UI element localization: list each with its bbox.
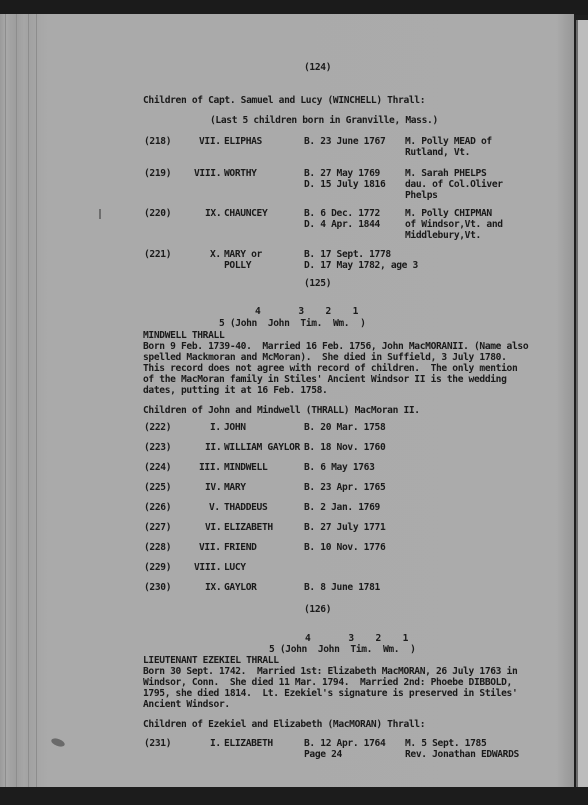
entry-name: LUCY bbox=[224, 562, 246, 573]
entry-date: D. 4 Apr. 1844 bbox=[304, 219, 380, 230]
binding-edge-line bbox=[28, 14, 29, 788]
entry-name: ELIPHAS bbox=[224, 136, 262, 147]
entry-note: of Windsor,Vt. and bbox=[405, 219, 503, 230]
entry-date: B. 6 May 1763 bbox=[304, 462, 375, 473]
entry-number: (229) bbox=[144, 562, 171, 573]
entry-note: dau. of Col.Oliver bbox=[405, 179, 503, 190]
entry-roman: VII. bbox=[199, 542, 221, 553]
entry-date: B. 23 June 1767 bbox=[304, 136, 385, 147]
biography-line: Born 30 Sept. 1742. Married 1st: Elizabe… bbox=[143, 666, 517, 677]
section-124-subheading: (Last 5 children born in Granville, Mass… bbox=[210, 115, 438, 126]
biography-line: This record does not agree with record o… bbox=[143, 363, 517, 374]
scan-mark bbox=[99, 209, 101, 219]
binding-edge-line bbox=[5, 14, 6, 788]
entry-name: THADDEUS bbox=[224, 502, 267, 513]
entry-number: (225) bbox=[144, 482, 171, 493]
biography-line: dates, putting it at 16 Feb. 1758. bbox=[143, 385, 327, 396]
biography-line: 1795, she died 1814. Lt. Ezekiel's signa… bbox=[143, 688, 517, 699]
entry-date: B. 27 July 1771 bbox=[304, 522, 385, 533]
entry-roman: X. bbox=[210, 249, 221, 260]
binding-edge-line bbox=[16, 14, 17, 788]
generation-numbers: 4 3 2 1 bbox=[255, 306, 358, 317]
entry-name: MARY bbox=[224, 482, 246, 493]
entry-number: (224) bbox=[144, 462, 171, 473]
entry-number: (226) bbox=[144, 502, 171, 513]
entry-roman: I. bbox=[210, 422, 221, 433]
children-heading: Children of Ezekiel and Elizabeth (MacMO… bbox=[143, 719, 425, 730]
entry-date: B. 8 June 1781 bbox=[304, 582, 380, 593]
biography-line: spelled Mackmoran and McMoran). She died… bbox=[143, 352, 507, 363]
entry-date: D. 15 July 1816 bbox=[304, 179, 385, 190]
entry-date: B. 20 Mar. 1758 bbox=[304, 422, 385, 433]
entry-number: (220) bbox=[144, 208, 171, 219]
entry-date: B. 23 Apr. 1765 bbox=[304, 482, 385, 493]
entry-roman: IV. bbox=[205, 482, 221, 493]
entry-name: CHAUNCEY bbox=[224, 208, 267, 219]
scan-top-border bbox=[0, 0, 588, 15]
entry-date: B. 27 May 1769 bbox=[304, 168, 380, 179]
entry-number: (223) bbox=[144, 442, 171, 453]
person-name: LIEUTENANT EZEKIEL THRALL bbox=[143, 655, 279, 666]
entry-name: MARY or bbox=[224, 249, 262, 260]
page-number-124: (124) bbox=[304, 62, 331, 73]
entry-note: M. Polly MEAD of bbox=[405, 136, 492, 147]
entry-name-alt: POLLY bbox=[224, 260, 251, 271]
entry-name: FRIEND bbox=[224, 542, 257, 553]
binding-edge-line bbox=[36, 14, 37, 788]
entry-note: M. 5 Sept. 1785 bbox=[405, 738, 486, 749]
page-number-126: (126) bbox=[304, 604, 331, 615]
entry-roman: VIII. bbox=[194, 562, 221, 573]
entry-date: B. 10 Nov. 1776 bbox=[304, 542, 385, 553]
entry-number: (227) bbox=[144, 522, 171, 533]
entry-date: B. 17 Sept. 1778 bbox=[304, 249, 391, 260]
page-number-125: (125) bbox=[304, 278, 331, 289]
entry-note: Rutland, Vt. bbox=[405, 147, 470, 158]
lineage-line: 5 (John John Tim. Wm. ) bbox=[219, 318, 366, 329]
entry-note: Middlebury,Vt. bbox=[405, 230, 481, 241]
children-heading: Children of John and Mindwell (THRALL) M… bbox=[143, 405, 420, 416]
lineage-line: 5 (John John Tim. Wm. ) bbox=[269, 644, 416, 655]
person-name: MINDWELL THRALL bbox=[143, 330, 224, 341]
entry-roman: VI. bbox=[205, 522, 221, 533]
section-124-heading: Children of Capt. Samuel and Lucy (WINCH… bbox=[143, 95, 425, 106]
entry-roman: IX. bbox=[205, 208, 221, 219]
entry-note: M. Polly CHIPMAN bbox=[405, 208, 492, 219]
footer-page-number: Page 24 bbox=[304, 749, 342, 760]
entry-number: (219) bbox=[144, 168, 171, 179]
entry-note: Rev. Jonathan EDWARDS bbox=[405, 749, 519, 760]
entry-number: (231) bbox=[144, 738, 171, 749]
entry-roman: VIII. bbox=[194, 168, 221, 179]
entry-number: (222) bbox=[144, 422, 171, 433]
entry-number: (221) bbox=[144, 249, 171, 260]
entry-number: (218) bbox=[144, 136, 171, 147]
entry-name: WORTHY bbox=[224, 168, 257, 179]
entry-name: MINDWELL bbox=[224, 462, 267, 473]
adjacent-page-edge bbox=[576, 20, 588, 790]
biography-line: Born 9 Feb. 1739-40. Married 16 Feb. 175… bbox=[143, 341, 528, 352]
entry-date: B. 6 Dec. 1772 bbox=[304, 208, 380, 219]
entry-roman: II. bbox=[205, 442, 221, 453]
entry-name: ELIZABETH bbox=[224, 738, 273, 749]
biography-line: Windsor, Conn. She died 11 Mar. 1794. Ma… bbox=[143, 677, 512, 688]
entry-date: B. 12 Apr. 1764 bbox=[304, 738, 385, 749]
entry-roman: III. bbox=[199, 462, 221, 473]
entry-roman: IX. bbox=[205, 582, 221, 593]
entry-name: WILLIAM GAYLOR bbox=[224, 442, 300, 453]
entry-name: GAYLOR bbox=[224, 582, 257, 593]
entry-number: (228) bbox=[144, 542, 171, 553]
entry-roman: VII. bbox=[199, 136, 221, 147]
entry-date: B. 18 Nov. 1760 bbox=[304, 442, 385, 453]
biography-line: of the MacMoran family in Stiles' Ancien… bbox=[143, 374, 507, 385]
entry-note: Phelps bbox=[405, 190, 438, 201]
entry-roman: V. bbox=[209, 502, 220, 513]
biography-line: Ancient Windsor. bbox=[143, 699, 230, 710]
entry-name: JOHN bbox=[224, 422, 246, 433]
entry-roman: I. bbox=[210, 738, 221, 749]
entry-date: B. 2 Jan. 1769 bbox=[304, 502, 380, 513]
generation-numbers: 4 3 2 1 bbox=[305, 633, 408, 644]
entry-number: (230) bbox=[144, 582, 171, 593]
entry-name: ELIZABETH bbox=[224, 522, 273, 533]
page-shadow bbox=[556, 14, 574, 788]
scan-bottom-border bbox=[0, 787, 588, 805]
entry-date: D. 17 May 1782, age 3 bbox=[304, 260, 418, 271]
entry-note: M. Sarah PHELPS bbox=[405, 168, 486, 179]
